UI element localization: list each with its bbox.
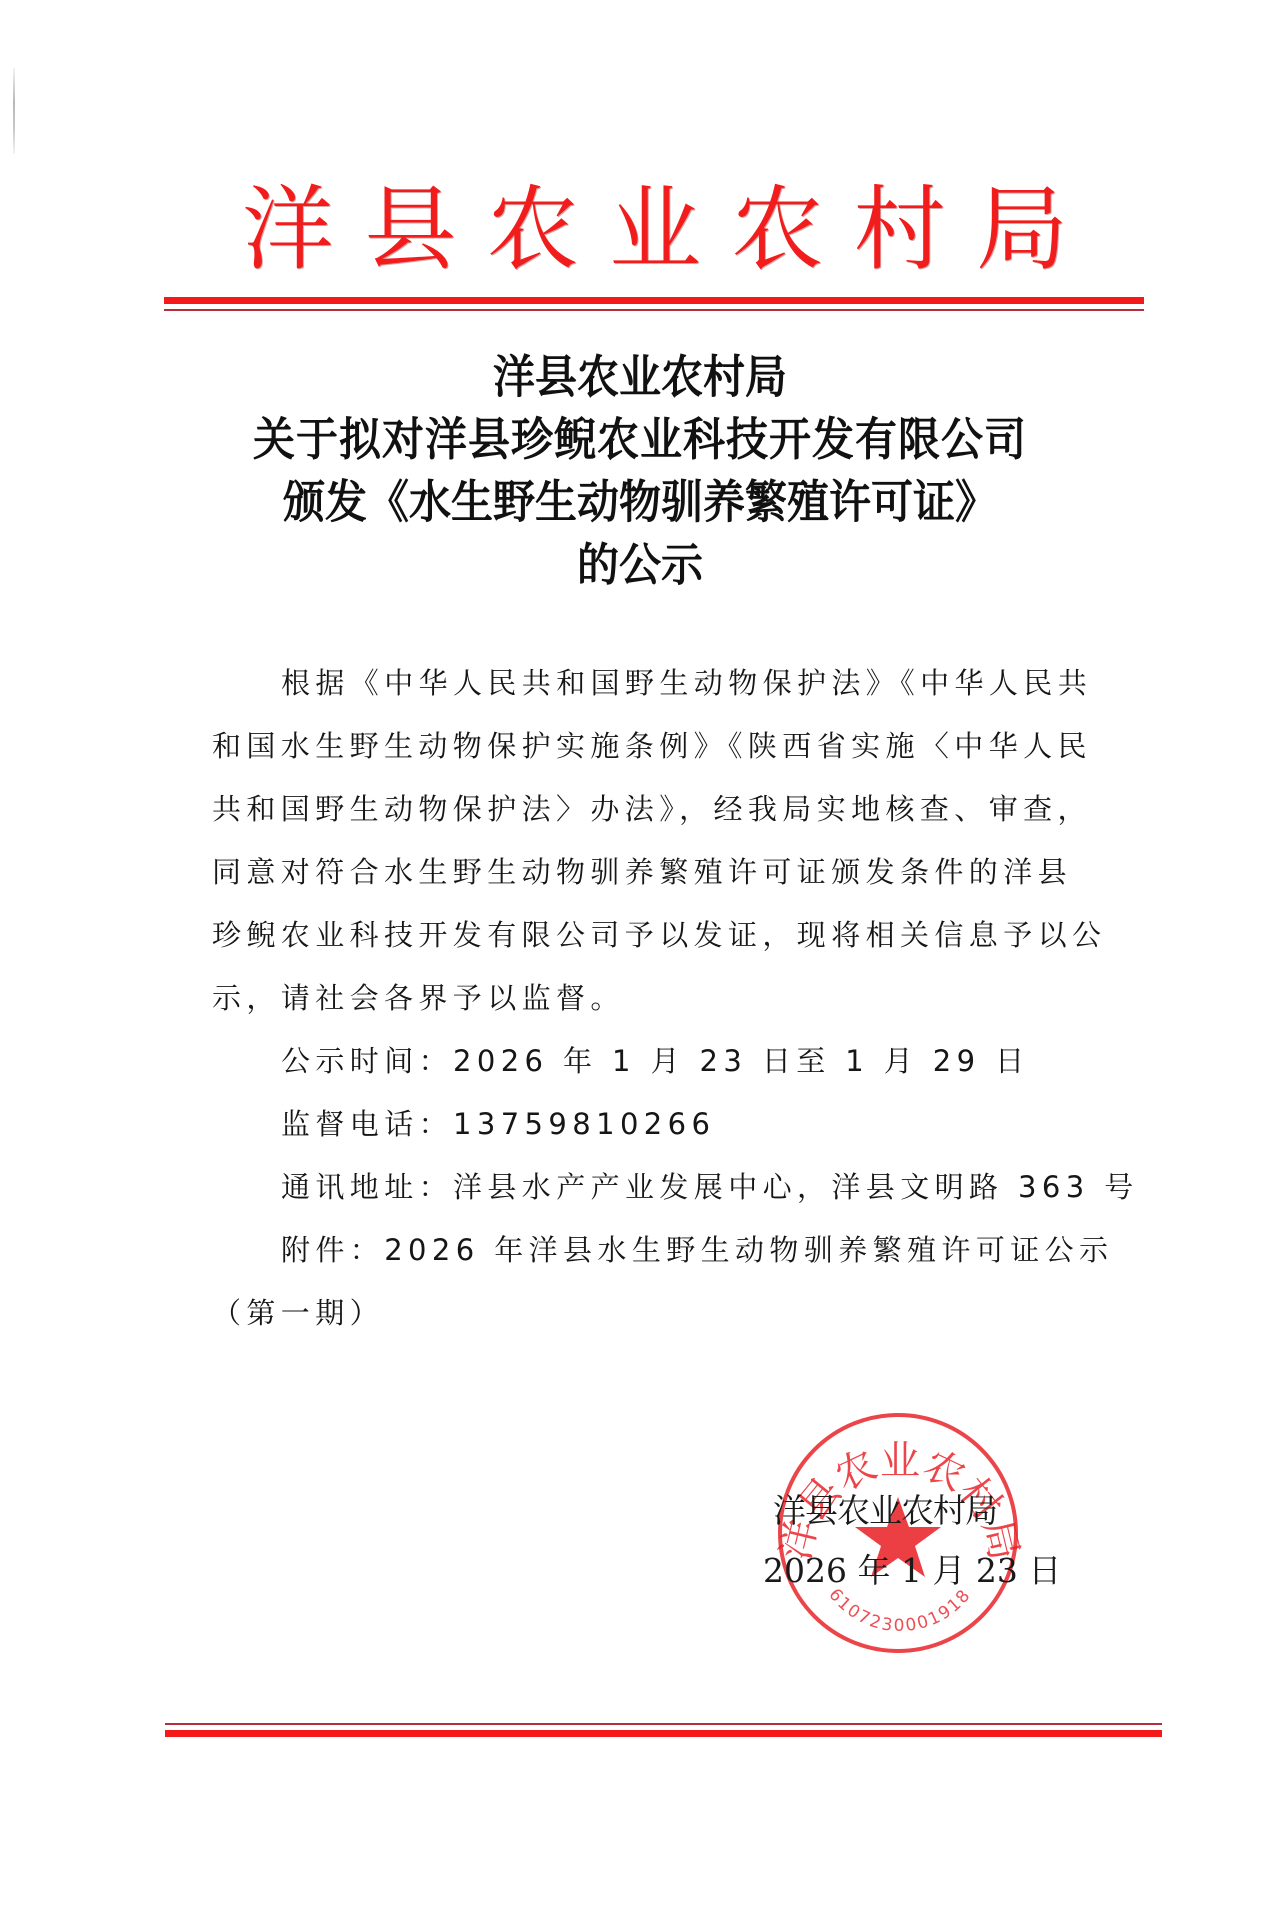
- document-body: 根据《中华人民共和国野生动物保护法》《中华人民共 和国水生野生动物保护实施条例》…: [212, 652, 1122, 1345]
- signature-organization: 洋县农业农村局: [773, 1485, 997, 1532]
- signature-date: 2026 年 1 月 23 日: [763, 1545, 1061, 1592]
- masthead-char: 村: [852, 184, 948, 276]
- masthead-agency-name: 洋 县 农 业 农 村 局: [240, 180, 1070, 280]
- rule-thin-line: [165, 1723, 1162, 1725]
- seal-icon: 洋县农业农村局 6107230001918: [770, 1405, 1030, 1665]
- supervision-hotline: 监督电话：13759810266: [212, 1093, 1122, 1156]
- masthead-char: 洋: [240, 184, 336, 276]
- masthead-red-rule: [164, 297, 1144, 312]
- title-line-1: 洋县农业农村局: [0, 346, 1280, 409]
- official-seal: 洋县农业农村局 6107230001918: [770, 1405, 1030, 1665]
- body-paragraph-line: 根据《中华人民共和国野生动物保护法》《中华人民共: [212, 652, 1122, 715]
- mailing-address: 通讯地址：洋县水产产业发展中心，洋县文明路 363 号: [212, 1156, 1122, 1219]
- masthead-char: 业: [607, 184, 703, 276]
- scan-edge-mark: [13, 68, 15, 154]
- masthead-char: 农: [729, 184, 825, 276]
- footer-red-rule: [165, 1723, 1162, 1738]
- document-title: 洋县农业农村局 关于拟对洋县珍鲵农业科技开发有限公司 颁发《水生野生动物驯养繁殖…: [0, 346, 1280, 597]
- seal-code: 6107230001918: [824, 1585, 975, 1636]
- title-line-3: 颁发《水生野生动物驯养繁殖许可证》: [0, 471, 1280, 534]
- attachment-line: 附件：2026 年洋县水生野生动物驯养繁殖许可证公示: [212, 1219, 1122, 1282]
- body-paragraph-line: 示，请社会各界予以监督。: [212, 967, 1122, 1030]
- title-line-2: 关于拟对洋县珍鲵农业科技开发有限公司: [0, 409, 1280, 472]
- rule-thin-line: [164, 309, 1144, 311]
- publicity-period: 公示时间：2026 年 1 月 23 日至 1 月 29 日: [212, 1030, 1122, 1093]
- attachment-issue: （第一期）: [212, 1282, 1122, 1345]
- body-paragraph-line: 共和国野生动物保护法〉办法》，经我局实地核查、审查，: [212, 778, 1122, 841]
- rule-thick-line: [164, 297, 1144, 304]
- title-line-4: 的公示: [0, 534, 1280, 597]
- masthead-char: 局: [974, 184, 1070, 276]
- body-paragraph-line: 同意对符合水生野生动物驯养繁殖许可证颁发条件的洋县: [212, 841, 1122, 904]
- masthead-char: 农: [485, 184, 581, 276]
- svg-text:6107230001918: 6107230001918: [824, 1585, 975, 1636]
- body-paragraph-line: 珍鲵农业科技开发有限公司予以发证，现将相关信息予以公: [212, 904, 1122, 967]
- masthead-char: 县: [362, 184, 458, 276]
- body-paragraph-line: 和国水生野生动物保护实施条例》《陕西省实施〈中华人民: [212, 715, 1122, 778]
- rule-thick-line: [165, 1730, 1162, 1737]
